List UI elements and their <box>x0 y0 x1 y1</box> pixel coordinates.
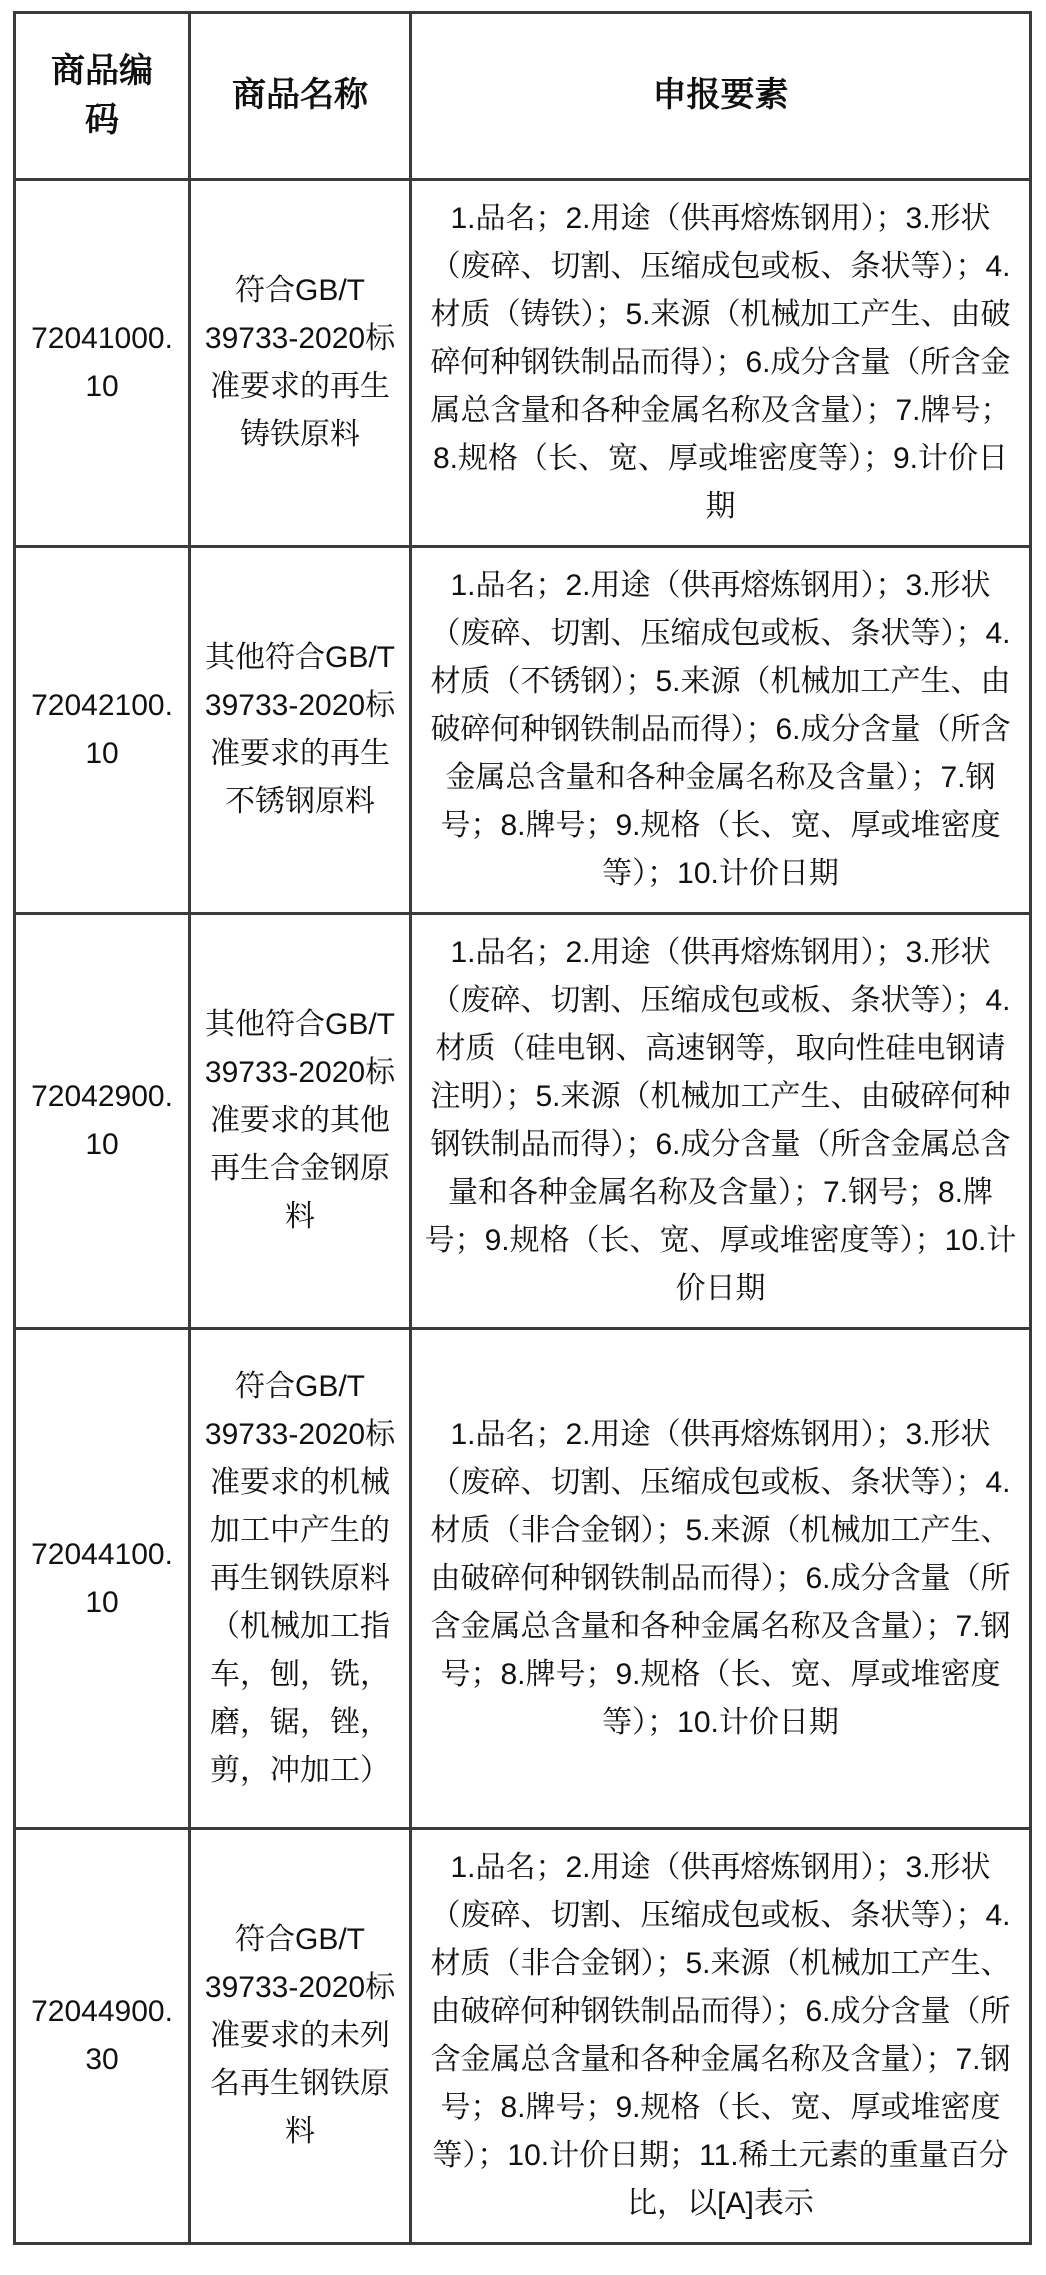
declaration-elements-cell: 1.品名；2.用途（供再熔炼钢用）；3.形状（废碎、切割、压缩成包或板、条状等）… <box>411 547 1031 914</box>
commodity-code: 72041000.10 <box>28 315 176 411</box>
commodity-name-cell: 符合GB/T 39733-2020标准要求的机械加工中产生的再生钢铁原料（机械加… <box>190 1329 411 1829</box>
header-commodity-name: 商品名称 <box>190 13 411 180</box>
commodity-name-cell: 符合GB/T 39733-2020标准要求的再生铸铁原料 <box>190 180 411 547</box>
commodity-code-cell: 72042900.10 <box>15 914 190 1329</box>
declaration-elements-cell: 1.品名；2.用途（供再熔炼钢用）；3.形状（废碎、切割、压缩成包或板、条状等）… <box>411 1829 1031 2244</box>
commodity-declaration-table: 商品编码 商品名称 申报要素 72041000.10 符合GB/T 39733-… <box>13 11 1032 2245</box>
header-declaration-elements: 申报要素 <box>411 13 1031 180</box>
table-row: 72041000.10 符合GB/T 39733-2020标准要求的再生铸铁原料… <box>15 180 1031 547</box>
commodity-code: 72042900.10 <box>28 1073 176 1169</box>
commodity-name-cell: 符合GB/T 39733-2020标准要求的未列名再生钢铁原料 <box>190 1829 411 2244</box>
commodity-code: 72044100.10 <box>28 1531 176 1627</box>
declaration-elements-cell: 1.品名；2.用途（供再熔炼钢用）；3.形状（废碎、切割、压缩成包或板、条状等）… <box>411 180 1031 547</box>
declaration-elements-cell: 1.品名；2.用途（供再熔炼钢用）；3.形状（废碎、切割、压缩成包或板、条状等）… <box>411 1329 1031 1829</box>
table-row: 72042900.10 其他符合GB/T 39733-2020标准要求的其他再生… <box>15 914 1031 1329</box>
commodity-code: 72044900.30 <box>28 1988 176 2084</box>
page: 商品编码 商品名称 申报要素 72041000.10 符合GB/T 39733-… <box>0 0 1046 2275</box>
table-row: 72044900.30 符合GB/T 39733-2020标准要求的未列名再生钢… <box>15 1829 1031 2244</box>
commodity-code-cell: 72044900.30 <box>15 1829 190 2244</box>
commodity-name-cell: 其他符合GB/T 39733-2020标准要求的再生不锈钢原料 <box>190 547 411 914</box>
declaration-elements-cell: 1.品名；2.用途（供再熔炼钢用）；3.形状（废碎、切割、压缩成包或板、条状等）… <box>411 914 1031 1329</box>
commodity-name-cell: 其他符合GB/T 39733-2020标准要求的其他再生合金钢原料 <box>190 914 411 1329</box>
commodity-code-cell: 72042100.10 <box>15 547 190 914</box>
header-row: 商品编码 商品名称 申报要素 <box>15 13 1031 180</box>
commodity-code: 72042100.10 <box>28 682 176 778</box>
commodity-code-cell: 72044100.10 <box>15 1329 190 1829</box>
table-row: 72044100.10 符合GB/T 39733-2020标准要求的机械加工中产… <box>15 1329 1031 1829</box>
header-commodity-code: 商品编码 <box>15 13 190 180</box>
table-row: 72042100.10 其他符合GB/T 39733-2020标准要求的再生不锈… <box>15 547 1031 914</box>
commodity-code-cell: 72041000.10 <box>15 180 190 547</box>
